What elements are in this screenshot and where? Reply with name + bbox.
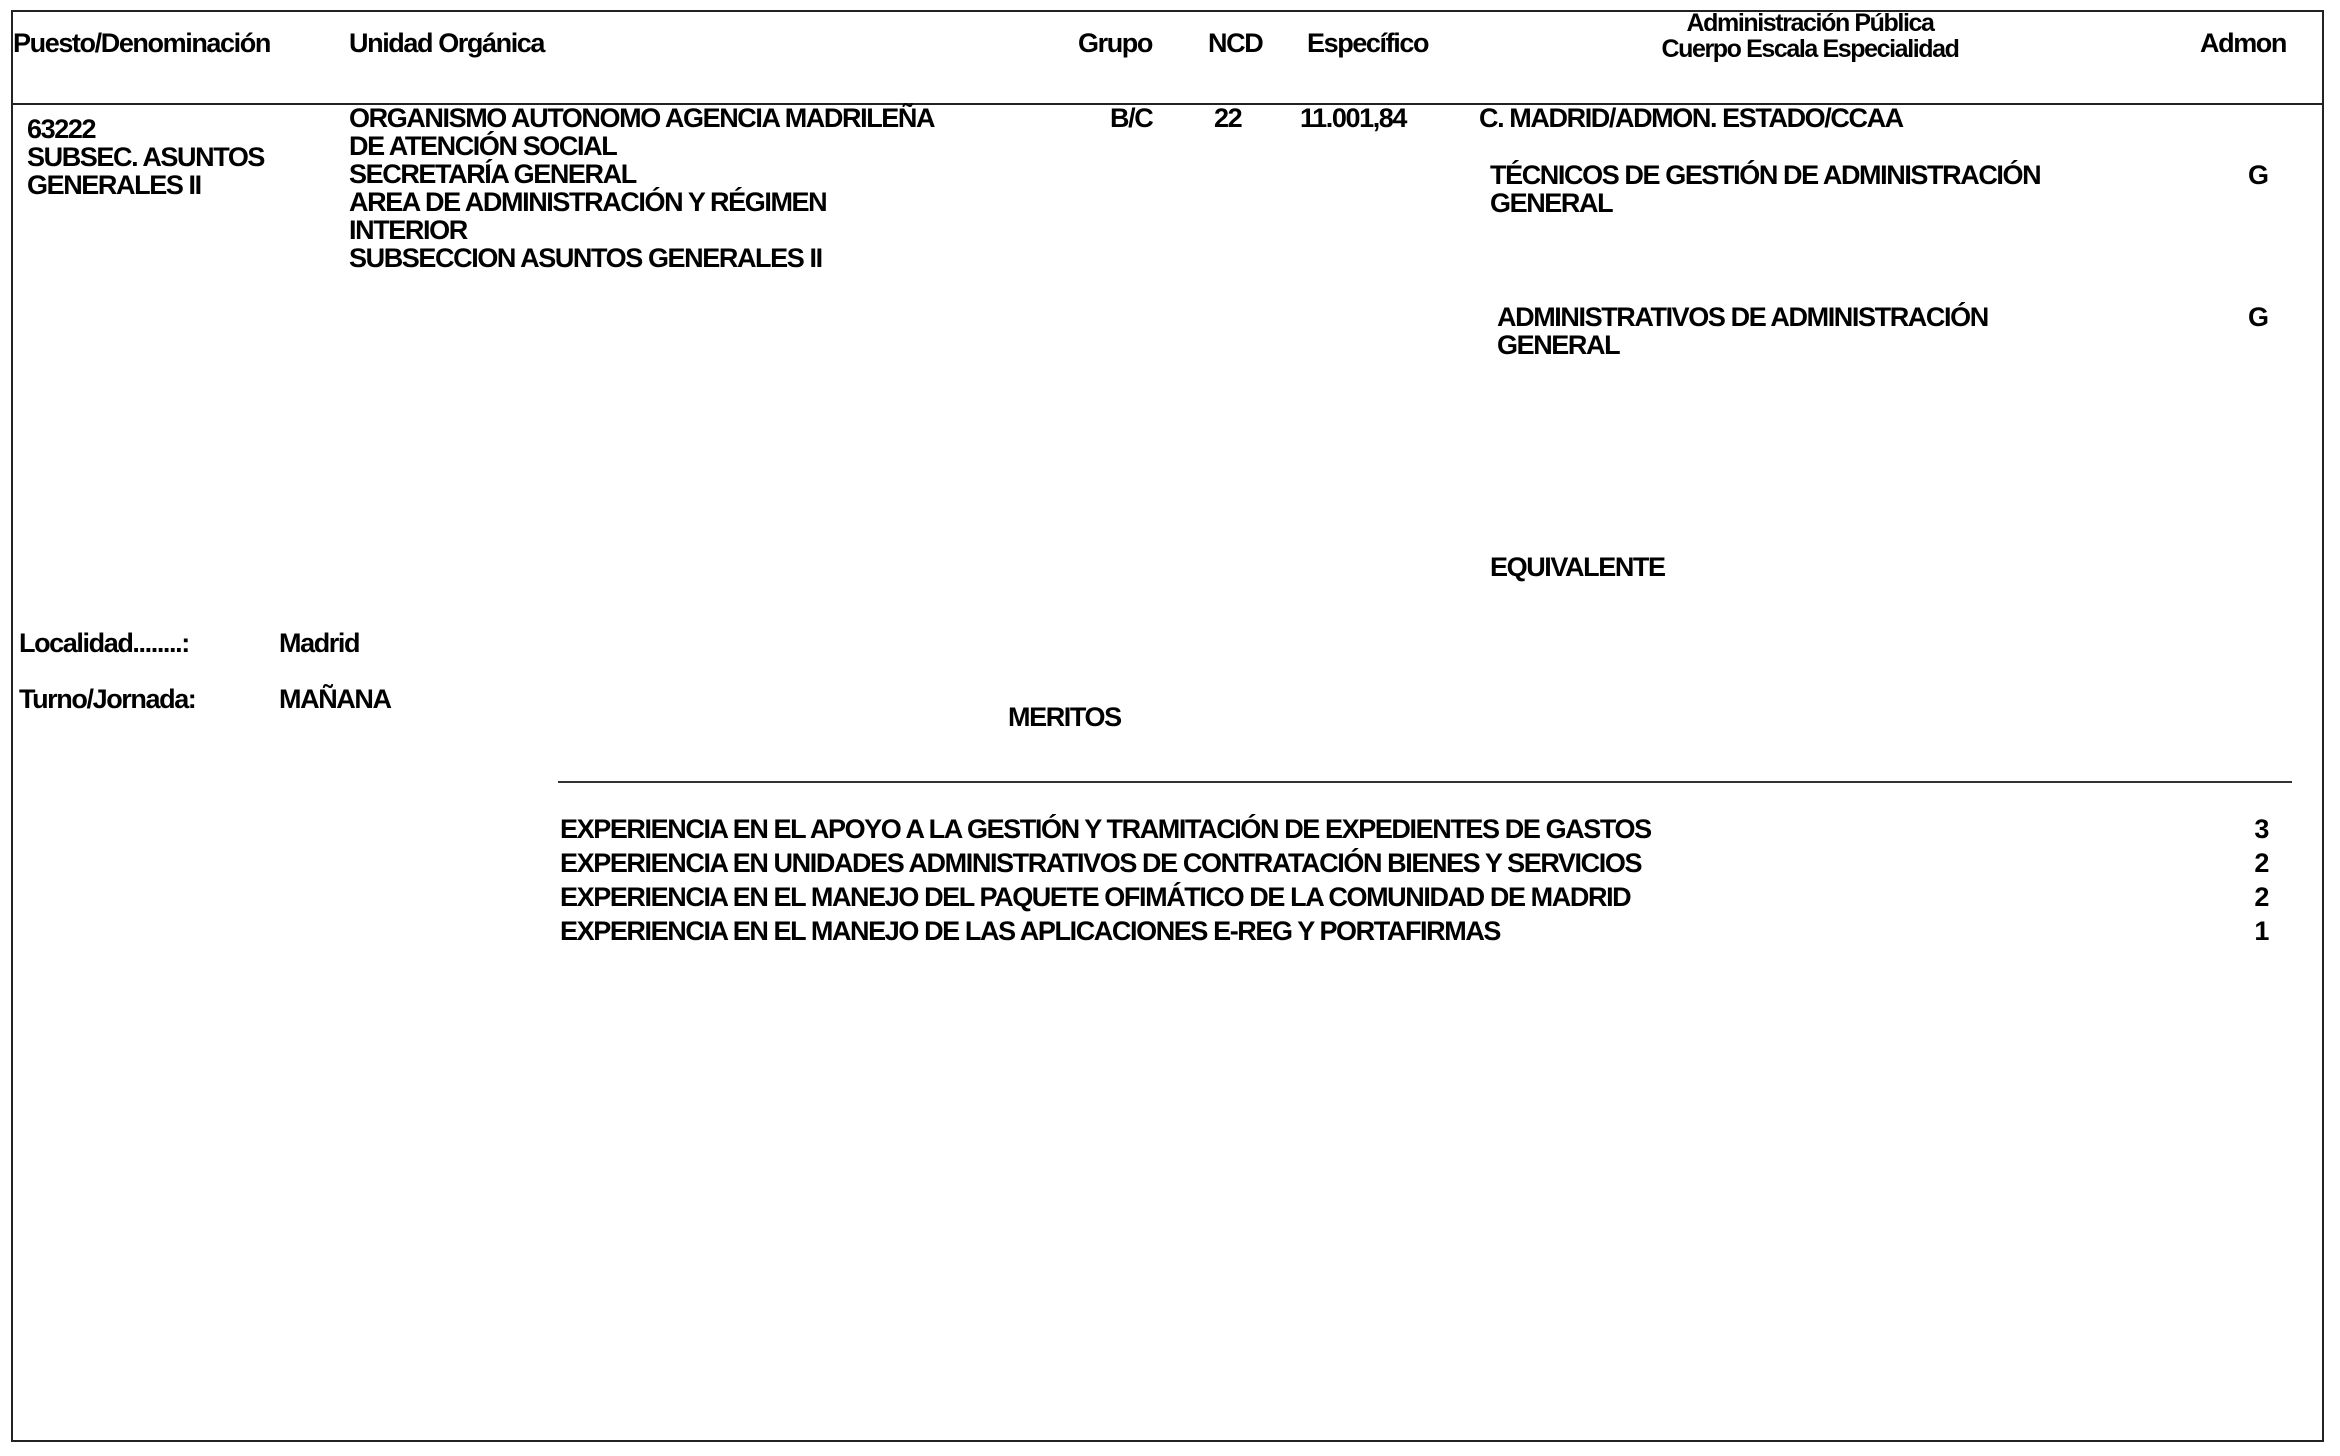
unidad-organica-line: INTERIOR xyxy=(349,216,467,244)
cuerpo-1-line2: GENERAL xyxy=(1490,189,1612,217)
unidad-organica-line: ORGANISMO AUTONOMO AGENCIA MADRILEÑA xyxy=(349,104,934,132)
cuerpo-1-admon: G xyxy=(2248,161,2268,189)
unidad-organica-line: SUBSECCION ASUNTOS GENERALES II xyxy=(349,244,822,272)
merit-description: EXPERIENCIA EN EL MANEJO DEL PAQUETE OFI… xyxy=(560,880,1630,914)
puesto-denominacion-line2: GENERALES II xyxy=(27,171,201,199)
merit-item: EXPERIENCIA EN EL APOYO A LA GESTIÓN Y T… xyxy=(560,812,2280,846)
puesto-denominacion-line1: SUBSEC. ASUNTOS xyxy=(27,143,264,171)
header-admin-publica-line2: Cuerpo Escala Especialidad xyxy=(1560,36,2060,62)
merit-description: EXPERIENCIA EN EL MANEJO DE LAS APLICACI… xyxy=(560,914,1500,948)
cuerpo-2-admon: G xyxy=(2248,303,2268,331)
header-grupo: Grupo xyxy=(1078,28,1152,58)
merit-description: EXPERIENCIA EN EL APOYO A LA GESTIÓN Y T… xyxy=(560,812,1651,846)
grupo-value: B/C xyxy=(1110,104,1152,132)
administracion-publica-value: C. MADRID/ADMON. ESTADO/CCAA xyxy=(1479,104,1903,132)
merit-item: EXPERIENCIA EN EL MANEJO DEL PAQUETE OFI… xyxy=(560,880,2280,914)
ncd-value: 22 xyxy=(1214,104,1241,132)
merit-score: 3 xyxy=(2254,812,2268,846)
localidad-value: Madrid xyxy=(279,629,359,657)
header-especifico: Específico xyxy=(1307,28,1428,58)
merit-description: EXPERIENCIA EN UNIDADES ADMINISTRATIVOS … xyxy=(560,846,1641,880)
cuerpo-2-line2: GENERAL xyxy=(1497,331,1619,359)
header-ncd: NCD xyxy=(1208,28,1262,58)
equivalente-label: EQUIVALENTE xyxy=(1490,553,1665,581)
cuerpo-1-line1: TÉCNICOS DE GESTIÓN DE ADMINISTRACIÓN xyxy=(1490,161,2040,189)
header-unidad-organica: Unidad Orgánica xyxy=(349,28,544,58)
meritos-divider xyxy=(558,781,2292,783)
localidad-label: Localidad........: xyxy=(19,629,189,657)
unidad-organica-line: SECRETARÍA GENERAL xyxy=(349,160,636,188)
header-admon: Admon xyxy=(2200,28,2286,58)
header-puesto: Puesto/Denominación xyxy=(13,28,270,58)
merit-score: 1 xyxy=(2254,914,2268,948)
turno-label: Turno/Jornada: xyxy=(19,685,195,713)
merit-score: 2 xyxy=(2254,846,2268,880)
especifico-value: 11.001,84 xyxy=(1300,104,1406,132)
unidad-organica-line: DE ATENCIÓN SOCIAL xyxy=(349,132,616,160)
merit-item: EXPERIENCIA EN UNIDADES ADMINISTRATIVOS … xyxy=(560,846,2280,880)
unidad-organica-line: AREA DE ADMINISTRACIÓN Y RÉGIMEN xyxy=(349,188,826,216)
cuerpo-2-line1: ADMINISTRATIVOS DE ADMINISTRACIÓN xyxy=(1497,303,1988,331)
meritos-title: MERITOS xyxy=(1008,703,1121,731)
turno-value: MAÑANA xyxy=(279,685,391,713)
merit-item: EXPERIENCIA EN EL MANEJO DE LAS APLICACI… xyxy=(560,914,2280,948)
merit-score: 2 xyxy=(2254,880,2268,914)
header-admin-publica-line1: Administración Pública xyxy=(1560,10,2060,36)
puesto-codigo: 63222 xyxy=(27,115,95,143)
